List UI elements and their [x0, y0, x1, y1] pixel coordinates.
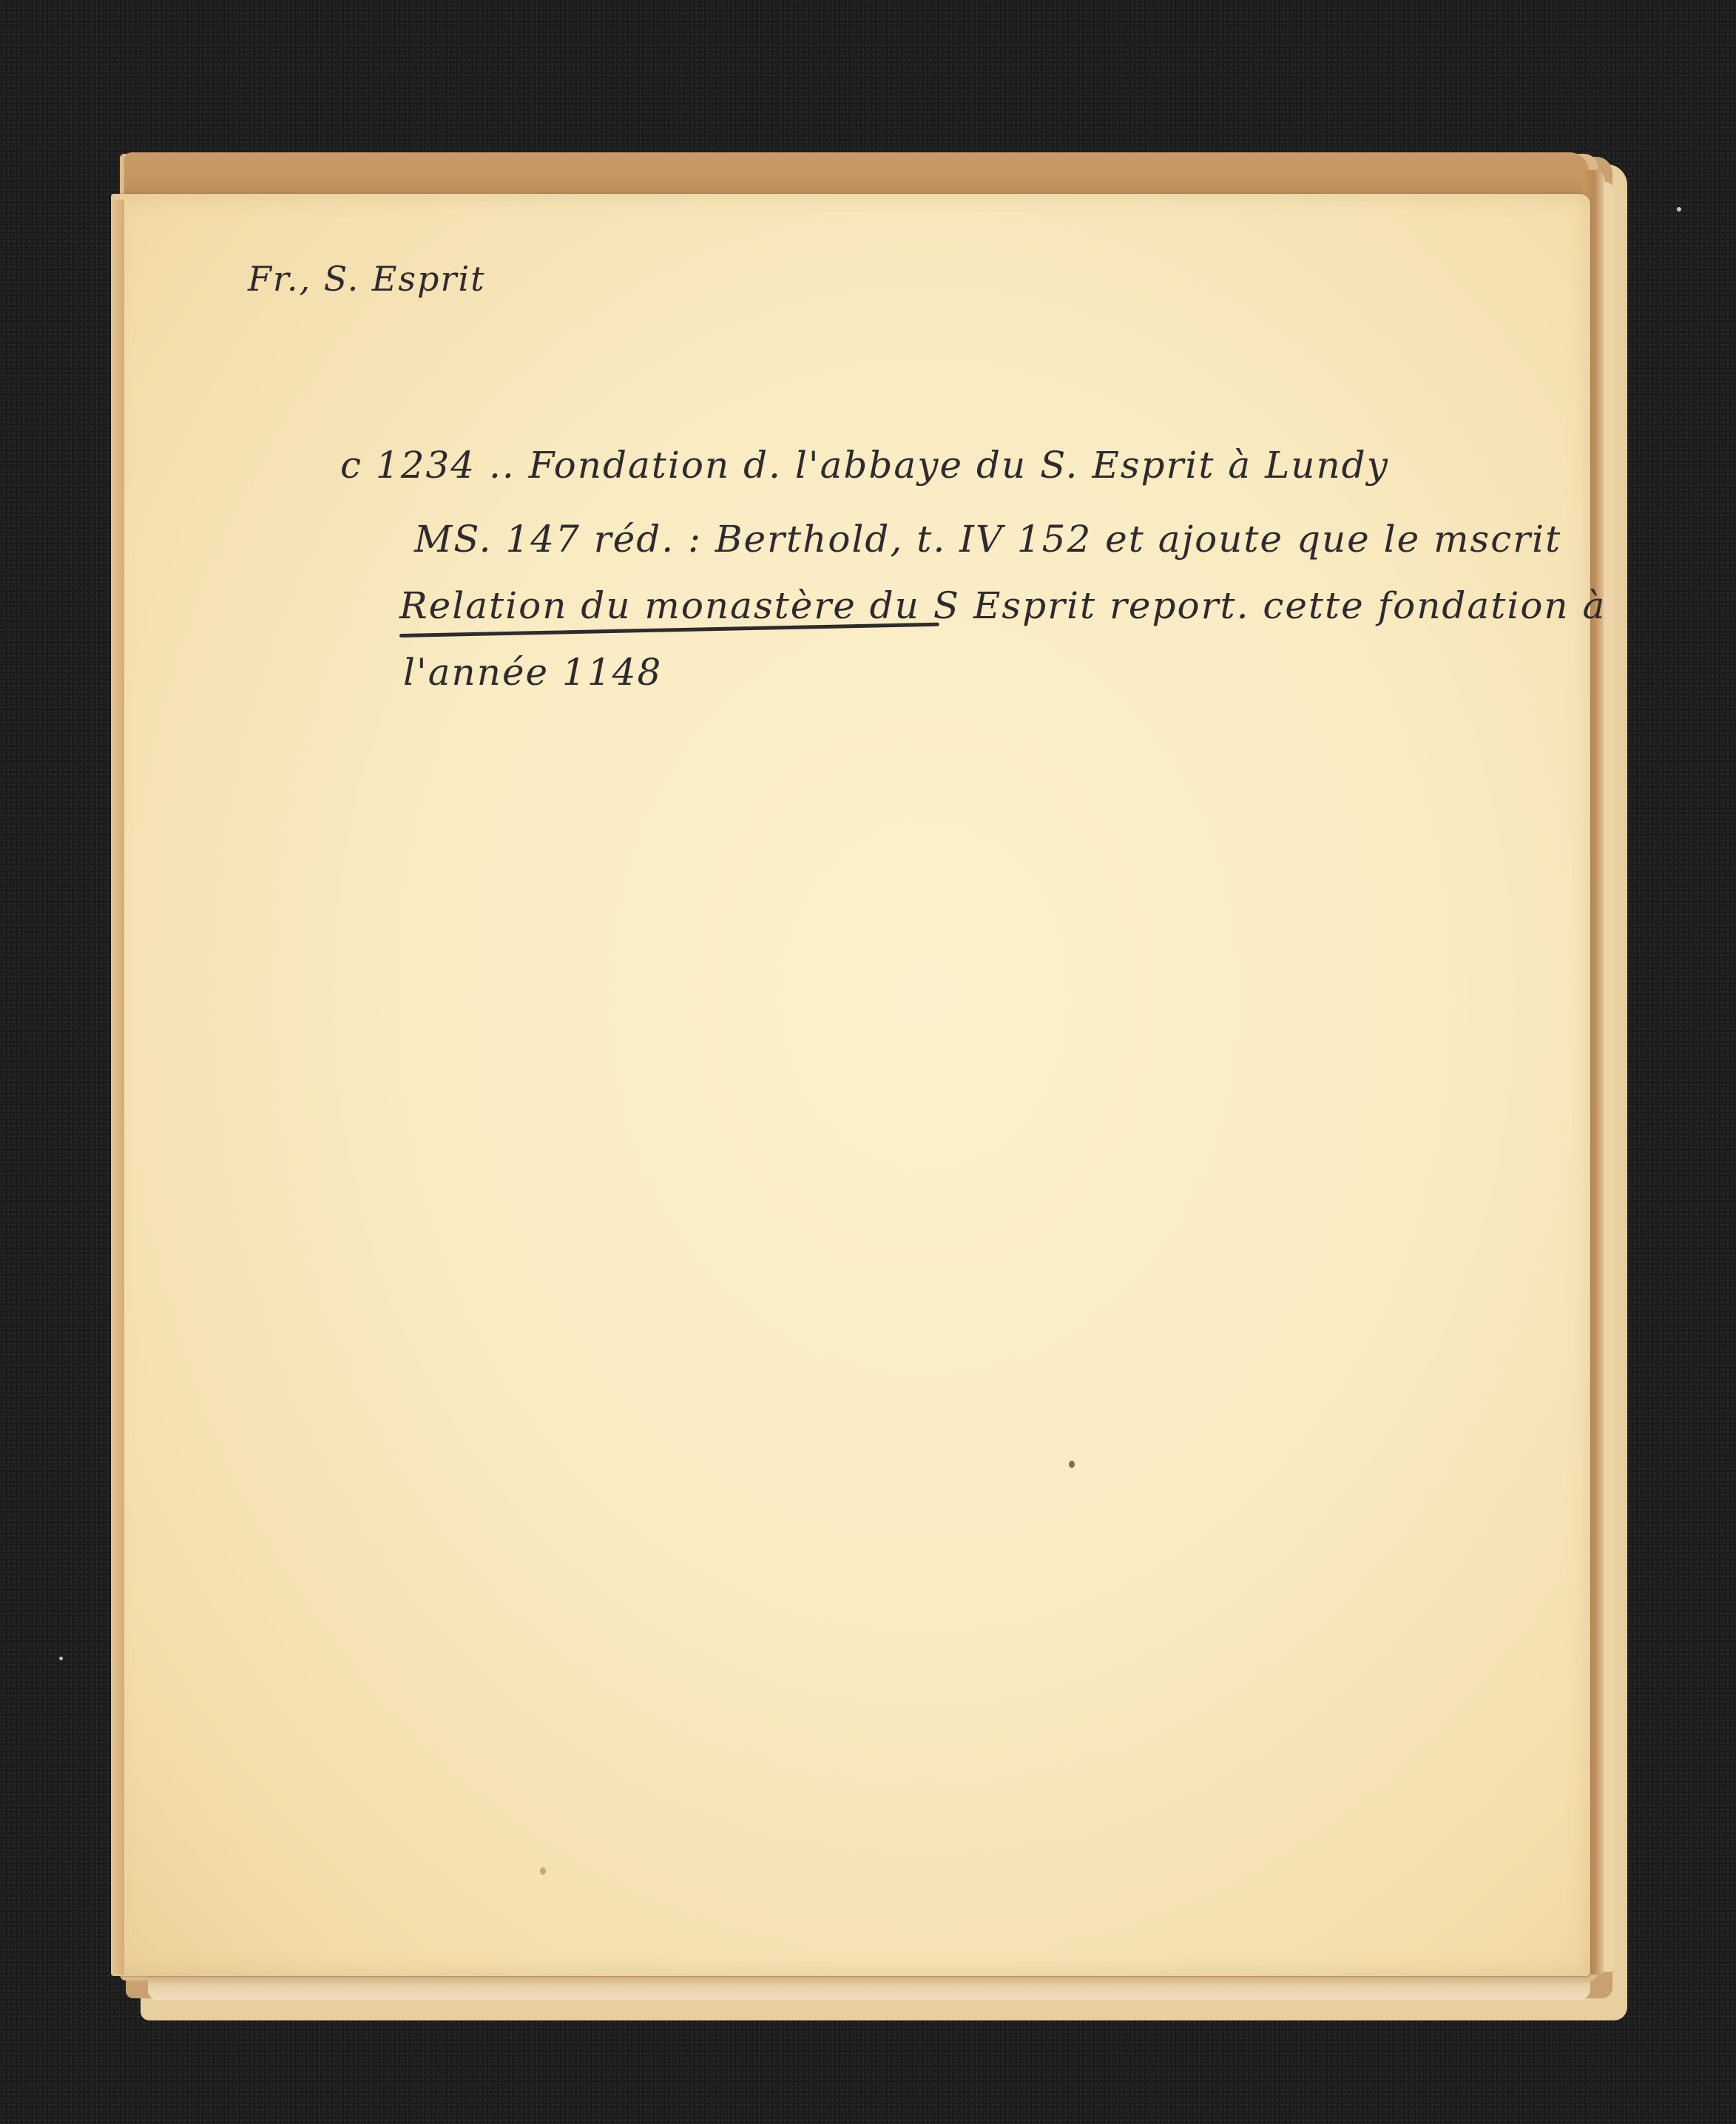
- folder-right-edge: [1604, 182, 1614, 1972]
- text-line-1: c 1234 .. Fondation d. l'abbaye du S. Es…: [340, 444, 1389, 487]
- scan-scene: Fr., S. Esprit c 1234 .. Fondation d. l'…: [0, 0, 1736, 2124]
- dust-speck: [59, 1657, 63, 1660]
- dust-speck: [1677, 207, 1681, 212]
- stain-spot: [540, 1867, 546, 1875]
- folder-top-edge: [124, 152, 1589, 197]
- text-line-4: l'année 1148: [403, 651, 662, 694]
- ink-spot: [1069, 1461, 1075, 1468]
- page-left-edge: [111, 200, 124, 1975]
- text-line-3: Relation du monastère du S Esprit report…: [399, 584, 1606, 627]
- header-note: Fr., S. Esprit: [248, 259, 486, 299]
- text-line-2: MS. 147 réd. : Berthold, t. IV 152 et aj…: [414, 518, 1561, 561]
